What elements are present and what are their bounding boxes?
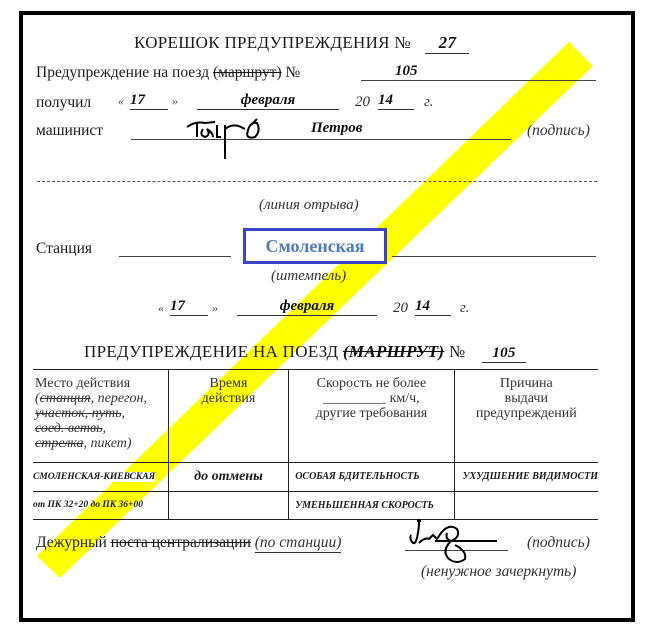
- cell-place: от ПК 32+20 до ПК 36+00: [33, 492, 168, 520]
- driver-label: машинист: [36, 122, 103, 140]
- struck-text: соед. ветвь: [35, 421, 102, 436]
- warning-table: Место действия (станция, перегон, участо…: [33, 369, 598, 520]
- warning-title: ПРЕДУПРЕЖДЕНИЕ НА ПОЕЗД: [84, 342, 338, 361]
- header-place-line3: участок, путь,: [35, 406, 166, 421]
- header-speed-line1: Скорость не более: [291, 376, 451, 391]
- year-suffix: г.: [424, 94, 433, 111]
- header-place: Место действия (станция, перегон, участо…: [33, 370, 168, 463]
- cell-speed: ОСОБАЯ БДИТЕЛЬНОСТЬ: [289, 463, 454, 492]
- driver-name: Петров: [311, 120, 363, 137]
- received-label: получил: [36, 94, 91, 112]
- year-prefix: 20: [355, 94, 370, 111]
- header-speed-line2: _________ км/ч,: [291, 391, 451, 406]
- quote-close: »: [172, 94, 178, 109]
- cell-place: СМОЛЕНСКАЯ-КИЕВСКАЯ: [33, 463, 168, 492]
- train-label: Предупреждение на поезд: [36, 64, 209, 81]
- cell-text: от ПК 32+20 до ПК 36+00: [33, 500, 143, 510]
- station-quote-open: «: [158, 301, 164, 316]
- driver-line: [131, 139, 511, 140]
- duty-signature-line: [405, 550, 508, 551]
- station-day: 17: [170, 298, 208, 316]
- received-year: 14: [378, 92, 414, 110]
- number-sign: №: [286, 64, 301, 81]
- header-place-line5: стрелка, пикет): [35, 436, 166, 451]
- cell-text: до отмены: [194, 469, 263, 484]
- header-time-text: Время действия: [193, 376, 263, 406]
- quote-open: «: [118, 94, 124, 109]
- driver-signature-caption: (подпись): [527, 122, 590, 140]
- header-place-title: Место действия: [35, 376, 166, 391]
- stub-title-row: КОРЕШОК ПРЕДУПРЕЖДЕНИЯ № 27: [134, 33, 469, 54]
- text: , перегон,: [91, 391, 147, 406]
- received-month: февраля: [197, 92, 339, 110]
- station-year: 14: [415, 298, 451, 316]
- warning-number-sign: №: [449, 342, 466, 361]
- text: ,: [102, 421, 106, 436]
- text: , пикет): [84, 436, 132, 451]
- stub-title: КОРЕШОК ПРЕДУПРЕЖДЕНИЯ №: [134, 33, 411, 52]
- header-speed-line3: другие требования: [291, 406, 451, 421]
- header-reason-line2: выдачи: [457, 391, 596, 406]
- tear-line-caption: (линия отрыва): [259, 197, 359, 214]
- duty-kept: (по станции): [255, 534, 342, 553]
- header-place-line4: соед. ветвь,: [35, 421, 166, 436]
- cell-text: УМЕНЬШЕННАЯ СКОРОСТЬ: [295, 500, 434, 511]
- duty-struck: поста централизации: [111, 534, 251, 551]
- warning-route-struck: (МАРШРУТ): [343, 342, 444, 361]
- station-quote-close: »: [212, 301, 218, 316]
- station-year-suffix: г.: [460, 300, 469, 317]
- struck-text: участок, путь: [35, 406, 121, 421]
- station-line-right: [392, 256, 596, 257]
- cell-reason: [454, 492, 598, 520]
- header-reason: Причина выдачи предупреждений: [454, 370, 598, 463]
- stub-train-number: 105: [395, 63, 418, 80]
- header-reason-line1: Причина: [457, 376, 596, 391]
- table-row: СМОЛЕНСКАЯ-КИЕВСКАЯ до отмены ОСОБАЯ БДИ…: [33, 463, 598, 492]
- station-label: Станция: [36, 240, 92, 258]
- cell-reason: УХУДШЕНИЕ ВИДИМОСТИ: [454, 463, 598, 492]
- cell-time: [168, 492, 288, 520]
- cell-text: УХУДШЕНИЕ ВИДИМОСТИ: [463, 471, 598, 482]
- station-stamp: Смоленская: [243, 228, 387, 264]
- station-line-left: [119, 256, 231, 257]
- station-month: февраля: [237, 298, 377, 316]
- struck-text: станция: [40, 391, 91, 406]
- duty-label: Дежурный: [36, 534, 107, 551]
- text: ,: [121, 406, 125, 421]
- stamp-caption: (штемпель): [271, 268, 346, 285]
- table-row: от ПК 32+20 до ПК 36+00 УМЕНЬШЕННАЯ СКОР…: [33, 492, 598, 520]
- received-day: 17: [130, 92, 168, 110]
- station-year-prefix: 20: [393, 300, 408, 317]
- header-time: Время действия: [168, 370, 288, 463]
- train-number-line: [361, 80, 596, 81]
- duty-signature-caption: (подпись): [527, 534, 590, 552]
- cell-text: СМОЛЕНСКАЯ-КИЕВСКАЯ: [33, 472, 155, 482]
- cell-time: до отмены: [168, 463, 288, 492]
- stub-number: 27: [425, 33, 469, 54]
- route-struck: (маршрут): [213, 64, 282, 81]
- header-speed: Скорость не более _________ км/ч, другие…: [289, 370, 454, 463]
- cell-text: ОСОБАЯ БДИТЕЛЬНОСТЬ: [295, 471, 419, 482]
- header-reason-line3: предупреждений: [457, 406, 596, 421]
- cell-speed: УМЕНЬШЕННАЯ СКОРОСТЬ: [289, 492, 454, 520]
- duty-row: Дежурный поста централизации (по станции…: [36, 534, 341, 553]
- stub-train-row: Предупреждение на поезд (маршрут) №: [36, 64, 300, 82]
- tear-line: [37, 181, 597, 182]
- warning-title-row: ПРЕДУПРЕЖДЕНИЕ НА ПОЕЗД (МАРШРУТ) № 105: [84, 342, 526, 363]
- warning-train-number: 105: [482, 345, 526, 363]
- strike-note: (ненужное зачеркнуть): [421, 563, 576, 581]
- header-place-line2: (станция, перегон,: [35, 391, 166, 406]
- struck-text: стрелка: [35, 436, 84, 451]
- table-header-row: Место действия (станция, перегон, участо…: [33, 370, 598, 463]
